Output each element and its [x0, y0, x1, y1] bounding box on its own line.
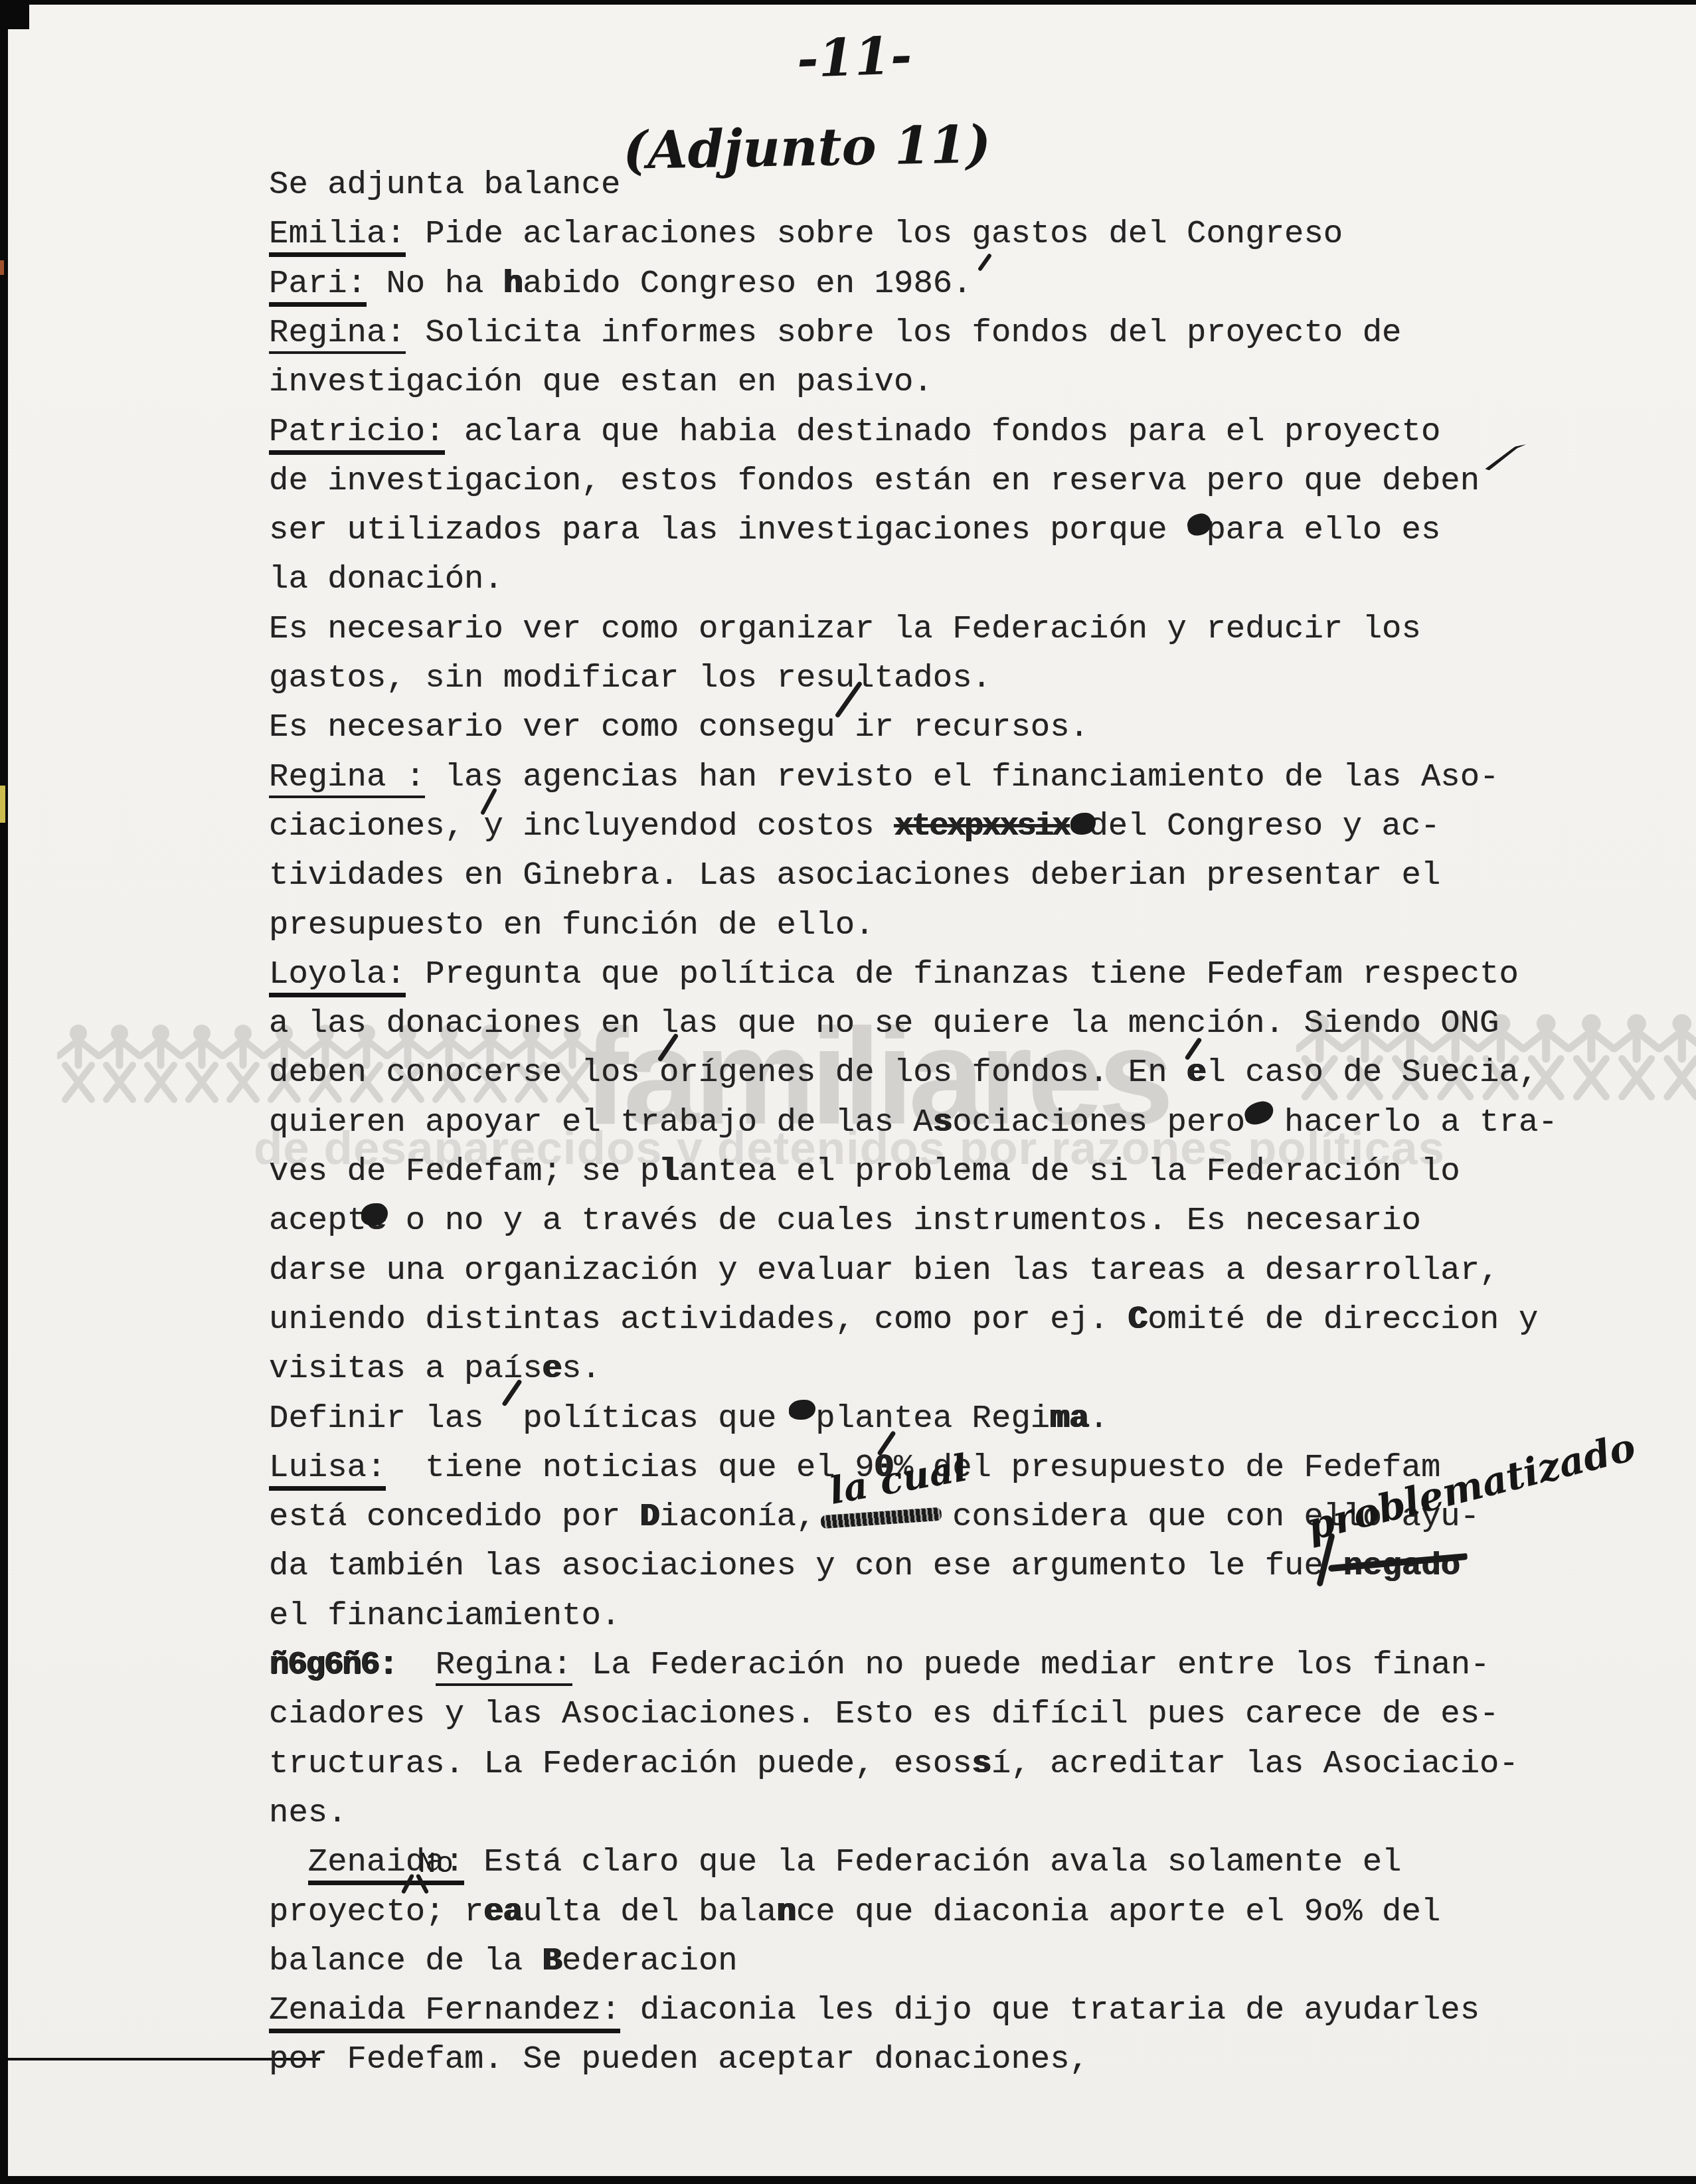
typed-line: Zenaida Fernandez: diaconia les dijo que… [269, 1991, 1480, 2033]
typed-text: darse una organización y evaluar bien la… [269, 1252, 1499, 1289]
typed-text: de investigacion, estos fondos están en … [269, 462, 1480, 499]
typed-line: balance de la Bederacion [269, 1942, 738, 1979]
ink-mark-arrow [1484, 441, 1529, 474]
typed-text: balance de la [269, 1942, 543, 1979]
typed-line: proyecto; reaulta del balance que diacon… [269, 1893, 1440, 1930]
typed-text: Es necesario ver como consegu ir recurso… [269, 709, 1089, 746]
typed-text: uniendo distintas actividades, como por … [269, 1301, 1128, 1338]
typed-line: Regina : las agencias han revisto el fin… [269, 758, 1499, 798]
scan-edge-corner [0, 0, 29, 29]
typed-text: Regina: [436, 1646, 572, 1686]
scan-edge-left [0, 0, 8, 2184]
typed-text: l [659, 1153, 679, 1190]
typed-text: omité de direccion y [1147, 1301, 1538, 1338]
typed-text: C [1128, 1301, 1147, 1338]
no-insertion-annotation: No [418, 1850, 454, 1879]
typed-text: ma [1050, 1400, 1089, 1437]
typed-text: aclara que habia destinado fondos para e… [445, 413, 1441, 450]
typed-text: antea el problema de si la Federación lo [679, 1153, 1460, 1190]
typed-text: las agencias han revisto el financiamien… [425, 758, 1499, 796]
typed-text: Regina : [269, 758, 425, 798]
typed-text: í, acreditar las Asociacio- [991, 1745, 1519, 1782]
typed-text: deben conocerse los orígenes de los fond… [269, 1054, 1187, 1091]
typed-text: ves de Fedefam; se p [269, 1153, 659, 1190]
scan-edge-bottom [0, 2176, 1696, 2184]
typed-line: uniendo distintas actividades, como por … [269, 1301, 1538, 1338]
typed-line: Definir las políticas que plantea Regima… [269, 1400, 1108, 1437]
typed-text: del Congreso y ac- [1069, 807, 1440, 845]
typed-text: a las donaciones en las que no se quiere… [269, 1005, 1499, 1042]
typed-text: . [1089, 1400, 1108, 1437]
typed-text: Está claro que la Federación avala solam… [464, 1843, 1401, 1881]
typed-line: Es necesario ver como consegu ir recurso… [269, 709, 1089, 746]
typed-text: % del presupuesto de Fedefam [894, 1449, 1440, 1486]
typed-line: ser utilizados para las investigaciones … [269, 511, 1440, 548]
typed-line: ves de Fedefam; se plantea el problema d… [269, 1153, 1460, 1190]
typed-text: o no y a través de cuales instrumentos. … [386, 1202, 1420, 1239]
typed-line: ciaciones, y incluyendod costos xtexpxxs… [269, 807, 1440, 845]
typed-text: está concedido por [269, 1498, 640, 1535]
typed-text: acept [269, 1202, 367, 1239]
typed-line: ciadores y las Asociaciones. Esto es dif… [269, 1695, 1499, 1732]
typed-text: el financiamiento. [269, 1597, 620, 1634]
typed-text: n [777, 1893, 796, 1930]
typed-text: la donación. [269, 560, 503, 598]
typed-text: Pari: [269, 265, 367, 307]
typed-text: gastos, sin modificar los resultados. [269, 659, 991, 697]
typed-line: darse una organización y evaluar bien la… [269, 1252, 1499, 1289]
typed-line: gastos, sin modificar los resultados. [269, 659, 991, 697]
typed-text: tructuras. La Federación puede, esos [269, 1745, 972, 1782]
typed-text: ciadores y las Asociaciones. Esto es dif… [269, 1695, 1499, 1732]
typed-line: Es necesario ver como organizar la Feder… [269, 610, 1421, 647]
typed-text: l caso de Suecia, [1206, 1054, 1538, 1091]
typed-text: ce que diaconia aporte el 9o% del [796, 1893, 1440, 1930]
typed-text: proyecto; r [269, 1893, 483, 1930]
typed-text: ederacion [562, 1942, 738, 1979]
scan-edge-top [0, 0, 1696, 5]
typed-text [269, 1843, 308, 1881]
typed-line: nes. [269, 1794, 347, 1831]
typed-text: No ha [367, 265, 503, 302]
typed-text: investigación que estan en pasivo. [269, 363, 933, 400]
typed-text: xtexpxxsix [894, 807, 1069, 845]
typed-text: visitas a país [269, 1350, 543, 1387]
typed-text: tiene noticias que el 9 [386, 1449, 874, 1486]
typed-line: ñ6g6ñ6: Regina: La Federación no puede m… [269, 1646, 1490, 1686]
typed-text: D [640, 1498, 659, 1535]
typed-text: Regina: [269, 314, 406, 354]
typed-line: Patricio: aclara que habia destinado fon… [269, 413, 1440, 455]
typed-line: presupuesto en función de ello. [269, 906, 875, 944]
typed-line: Se adjunta balance [269, 166, 620, 203]
typed-text: s [933, 1104, 952, 1141]
adjunto-annotation: (Adjunto 11) [622, 119, 991, 177]
scan-speck-red [0, 260, 4, 275]
page-scan: familiares de desaparecidos y detenidos … [0, 0, 1696, 2184]
typed-text: nes. [269, 1794, 347, 1831]
typed-text [396, 1646, 436, 1683]
typed-line: a las donaciones en las que no se quiere… [269, 1005, 1499, 1042]
typed-text: s [972, 1745, 991, 1782]
typed-line: tructuras. La Federación puede, esossí, … [269, 1745, 1519, 1782]
typed-text: Pregunta que política de finanzas tiene … [406, 956, 1519, 993]
typed-line: Pari: No ha habido Congreso en 1986. [269, 265, 972, 307]
typed-text: ea [483, 1893, 523, 1930]
typed-line: tividades en Ginebra. Las asociaciones d… [269, 857, 1440, 894]
typed-text: Pide aclaraciones sobre los gastos del C… [406, 215, 1343, 252]
typed-text: abido Congreso en 1986. [523, 265, 972, 302]
typed-text: da también las asociaciones y con ese ar… [269, 1547, 1343, 1584]
typed-text: ñ6g6ñ6: [269, 1646, 396, 1683]
typed-text: e [1187, 1054, 1206, 1091]
typed-text: ulta del bala [523, 1893, 776, 1930]
typed-text: Luisa: [269, 1449, 386, 1491]
typed-text: presupuesto en función de ello. [269, 906, 875, 944]
typed-text: Se adjunta balance [269, 166, 620, 203]
typed-line: por Fedefam. Se pueden aceptar donacione… [269, 2041, 1089, 2078]
page-number-annotation: -11- [796, 30, 913, 86]
typed-text: diaconia les dijo que trataria de ayudar… [620, 1991, 1480, 2029]
typed-text: tividades en Ginebra. Las asociaciones d… [269, 857, 1440, 894]
typed-text: ciaciones, y incluyendod costos [269, 807, 894, 845]
typed-text: ser utilizados para las investigaciones … [269, 511, 1440, 548]
typed-line: quieren apoyar el trabajo de las Asociac… [269, 1104, 1558, 1141]
typed-text: Loyola: [269, 956, 406, 997]
typed-text: por Fedefam. Se pueden aceptar donacione… [269, 2041, 1089, 2078]
typed-text: B [543, 1942, 562, 1979]
typed-line: el financiamiento. [269, 1597, 620, 1634]
typed-line: investigación que estan en pasivo. [269, 363, 933, 400]
typed-text: h [503, 265, 523, 302]
typed-text: quieren apoyar el trabajo de las A [269, 1104, 933, 1141]
typed-text: Patricio: [269, 413, 445, 455]
typed-line: Emilia: Pide aclaraciones sobre los gast… [269, 215, 1343, 257]
typed-text: e [543, 1350, 562, 1387]
typed-line: da también las asociaciones y con ese ar… [269, 1547, 1460, 1584]
typed-text: Solicita informes sobre los fondos del p… [406, 314, 1402, 351]
typed-text: Definir las políticas que plantea Regi [269, 1400, 1050, 1437]
typed-line: Regina: Solicita informes sobre los fond… [269, 314, 1402, 354]
typed-text: Es necesario ver como organizar la Feder… [269, 610, 1421, 647]
typed-text: Emilia: [269, 215, 406, 257]
typed-line: visitas a países. [269, 1350, 601, 1387]
typed-line: Loyola: Pregunta que política de finanza… [269, 956, 1519, 997]
typed-line: deben conocerse los orígenes de los fond… [269, 1054, 1538, 1091]
typed-line: de investigacion, estos fondos están en … [269, 462, 1480, 499]
typed-text: s. [562, 1350, 601, 1387]
typed-text: Zenaida Fernandez: [269, 1991, 620, 2033]
scan-speck-yellow [0, 786, 5, 823]
typed-text: La Federación no puede mediar entre los … [572, 1646, 1490, 1683]
typed-line: la donación. [269, 560, 503, 598]
typed-line: acepte o no y a través de cuales instrum… [269, 1202, 1421, 1239]
